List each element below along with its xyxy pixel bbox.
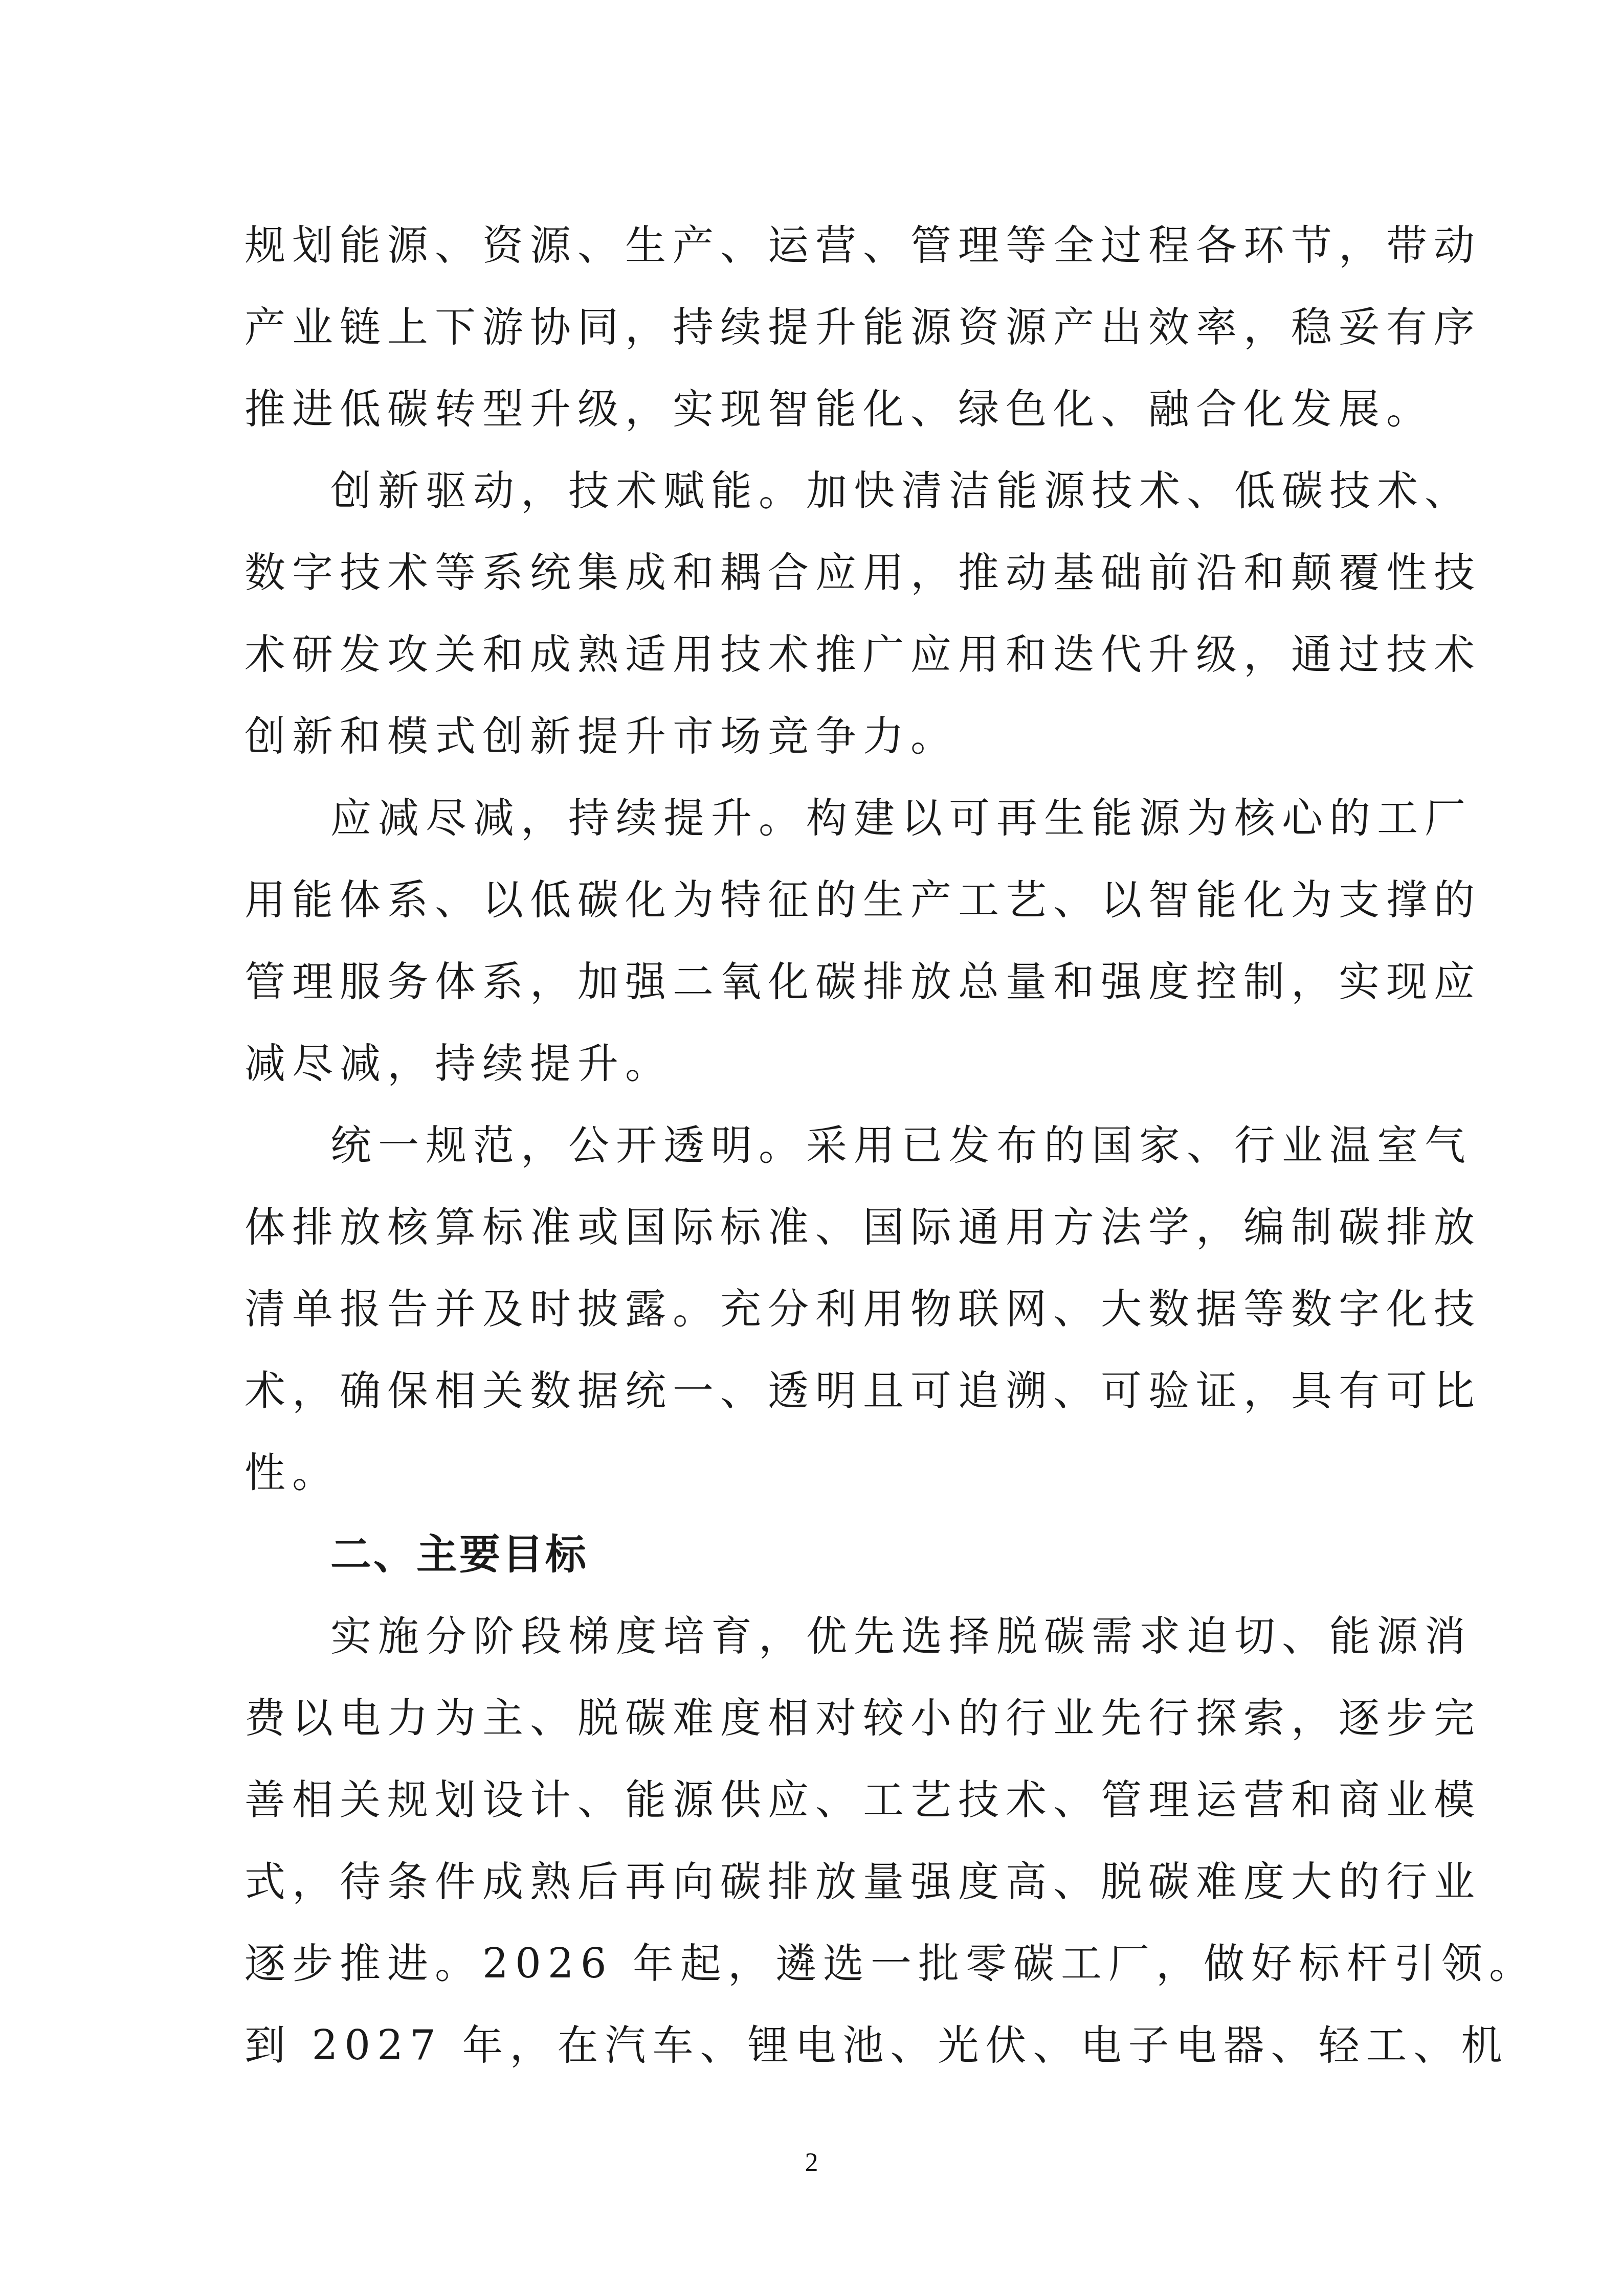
document-page: 规划能源、资源、生产、运营、管理等全过程各环节，带动 产业链上下游协同，持续提升…: [0, 0, 1623, 2296]
text-line: 清单报告并及时披露。充分利用物联网、大数据等数字化技: [244, 1268, 1376, 1350]
paragraph-standards: 统一规范，公开透明。采用已发布的国家、行业温室气 体排放核算标准或国际标准、国际…: [244, 1105, 1376, 1514]
text-line: 管理服务体系，加强二氧化碳排放总量和强度控制，实现应: [244, 941, 1376, 1023]
text-line: 术，确保相关数据统一、透明且可追溯、可验证，具有可比: [244, 1350, 1376, 1432]
text-line: 实施分阶段梯度培育，优先选择脱碳需求迫切、能源消: [244, 1595, 1376, 1677]
text-line: 创新驱动，技术赋能。加快清洁能源技术、低碳技术、: [244, 450, 1376, 532]
text-line: 减尽减，持续提升。: [244, 1023, 1376, 1105]
paragraph-continuation: 规划能源、资源、生产、运营、管理等全过程各环节，带动 产业链上下游协同，持续提升…: [244, 205, 1376, 450]
section-heading: 二、主要目标: [244, 1514, 1376, 1595]
text-line: 规划能源、资源、生产、运营、管理等全过程各环节，带动: [244, 205, 1376, 286]
text-line: 体排放核算标准或国际标准、国际通用方法学，编制碳排放: [244, 1186, 1376, 1268]
text-line: 费以电力为主、脱碳难度相对较小的行业先行探索，逐步完: [244, 1677, 1376, 1759]
text-line: 用能体系、以低碳化为特征的生产工艺、以智能化为支撑的: [244, 859, 1376, 941]
document-body: 规划能源、资源、生产、运营、管理等全过程各环节，带动 产业链上下游协同，持续提升…: [244, 205, 1376, 2086]
text-line: 逐步推进。2026 年起，遴选一批零碳工厂，做好标杆引领。: [244, 1923, 1376, 2005]
paragraph-reduction: 应减尽减，持续提升。构建以可再生能源为核心的工厂 用能体系、以低碳化为特征的生产…: [244, 777, 1376, 1105]
paragraph-innovation: 创新驱动，技术赋能。加快清洁能源技术、低碳技术、 数字技术等系统集成和耦合应用，…: [244, 450, 1376, 777]
text-line: 应减尽减，持续提升。构建以可再生能源为核心的工厂: [244, 777, 1376, 859]
text-line: 术研发攻关和成熟适用技术推广应用和迭代升级，通过技术: [244, 614, 1376, 695]
text-line: 式，待条件成熟后再向碳排放量强度高、脱碳难度大的行业: [244, 1841, 1376, 1923]
page-number: 2: [0, 2148, 1623, 2178]
text-line: 推进低碳转型升级，实现智能化、绿色化、融合化发展。: [244, 368, 1376, 450]
text-line: 到 2027 年，在汽车、锂电池、光伏、电子电器、轻工、机: [244, 2005, 1376, 2086]
text-line: 性。: [244, 1432, 1376, 1514]
text-line: 数字技术等系统集成和耦合应用，推动基础前沿和颠覆性技: [244, 532, 1376, 614]
text-line: 产业链上下游协同，持续提升能源资源产出效率，稳妥有序: [244, 286, 1376, 368]
text-line: 创新和模式创新提升市场竞争力。: [244, 695, 1376, 777]
paragraph-goals: 实施分阶段梯度培育，优先选择脱碳需求迫切、能源消 费以电力为主、脱碳难度相对较小…: [244, 1595, 1376, 2086]
text-line: 统一规范，公开透明。采用已发布的国家、行业温室气: [244, 1105, 1376, 1186]
text-line: 善相关规划设计、能源供应、工艺技术、管理运营和商业模: [244, 1759, 1376, 1841]
